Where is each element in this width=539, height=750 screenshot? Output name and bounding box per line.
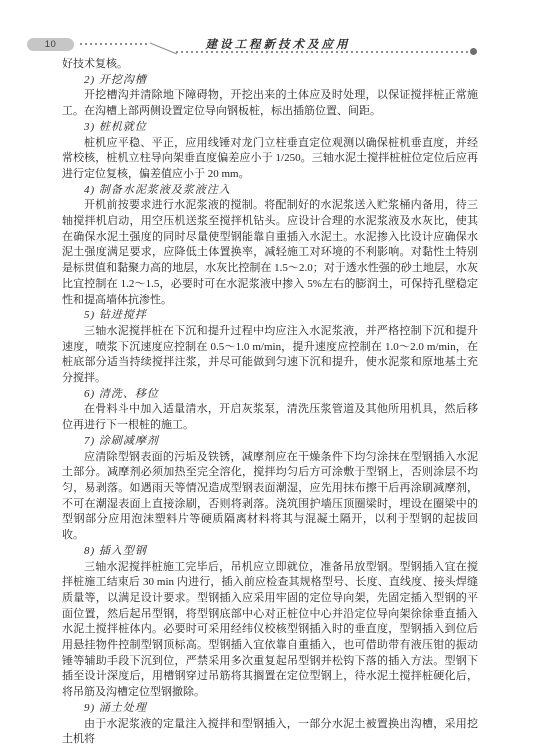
section-paragraph: 开机前按要求进行水泥浆液的搅制。将配制好的水泥浆送入贮浆桶内备用，待三轴搅拌机启… [62, 198, 478, 308]
book-page: 10 建设工程新技术及应用 好技术复核。 2) 开挖沟槽 开挖槽沟并清除地下障碍… [0, 0, 539, 750]
header-end-dot-icon [470, 48, 477, 55]
numbered-section: 2) 开挖沟槽 开挖槽沟并清除地下障碍物，开挖出来的土体应及时处理，以保证搅拌桩… [62, 73, 478, 120]
sections-container: 2) 开挖沟槽 开挖槽沟并清除地下障碍物，开挖出来的土体应及时处理，以保证搅拌桩… [62, 73, 478, 748]
section-heading: 8) 插入型钢 [62, 544, 478, 560]
continued-paragraph: 好技术复核。 [62, 57, 478, 73]
section-paragraph: 三轴水泥搅拌桩施工完毕后，吊机应立即就位，准备吊放型钢。型钢插入宜在搅拌桩施工结… [62, 560, 478, 701]
numbered-section: 9) 涌土处理 由于水泥浆液的定量注入搅拌和型钢插入，一部分水泥土被置换出沟槽，… [62, 701, 478, 748]
header-dotted-line-left [80, 43, 150, 45]
section-paragraph: 由于水泥浆液的定量注入搅拌和型钢插入，一部分水泥土被置换出沟槽，采用挖土机将 [62, 717, 478, 748]
section-heading: 3) 桩机就位 [62, 120, 478, 136]
section-paragraph: 应清除型钢表面的污垢及铁锈，减摩剂应在干燥条件下均匀涂抹在型钢插入水泥土部分。减… [62, 450, 478, 544]
running-head-title: 建设工程新技术及应用 [206, 36, 351, 52]
section-heading: 2) 开挖沟槽 [62, 73, 478, 89]
section-heading: 9) 涌土处理 [62, 701, 478, 717]
section-paragraph: 桩机应平稳、平正，应用线锤对龙门立柱垂直定位观测以确保桩机垂直度，并经常校核，桩… [62, 136, 478, 183]
section-heading: 7) 涂刷减摩剂 [62, 434, 478, 450]
numbered-section: 3) 桩机就位 桩机应平稳、平正，应用线锤对龙门立柱垂直定位观测以确保桩机垂直度… [62, 120, 478, 183]
page-content: 好技术复核。 2) 开挖沟槽 开挖槽沟并清除地下障碍物，开挖出来的土体应及时处理… [62, 57, 478, 748]
page-number: 10 [45, 39, 57, 50]
numbered-section: 8) 插入型钢 三轴水泥搅拌桩施工完毕后，吊机应立即就位，准备吊放型钢。型钢插入… [62, 544, 478, 701]
section-paragraph: 在骨料斗中加入适量清水，开启灰浆泵，清洗压浆管道及其他所用机具，然后移位再进行下… [62, 402, 478, 433]
numbered-section: 5) 钻进搅拌 三轴水泥搅拌桩在下沉和提升过程中均应注入水泥浆液，并严格控制下沉… [62, 308, 478, 387]
page-number-badge: 10 [27, 38, 74, 51]
numbered-section: 4) 制备水泥浆液及浆液注入 开机前按要求进行水泥浆液的搅制。将配制好的水泥浆送… [62, 183, 478, 309]
section-heading: 6) 清洗、移位 [62, 387, 478, 403]
section-paragraph: 三轴水泥搅拌桩在下沉和提升过程中均应注入水泥浆液，并严格控制下沉和提升速度，喷浆… [62, 324, 478, 387]
section-heading: 5) 钻进搅拌 [62, 308, 478, 324]
numbered-section: 6) 清洗、移位 在骨料斗中加入适量清水，开启灰浆泵，清洗压浆管道及其他所用机具… [62, 387, 478, 434]
section-paragraph: 开挖槽沟并清除地下障碍物，开挖出来的土体应及时处理，以保证搅拌桩正常施工。在沟槽… [62, 88, 478, 119]
section-heading: 4) 制备水泥浆液及浆液注入 [62, 183, 478, 199]
header-dotted-line-right [176, 51, 470, 53]
numbered-section: 7) 涂刷减摩剂 应清除型钢表面的污垢及铁锈，减摩剂应在干燥条件下均匀涂抹在型钢… [62, 434, 478, 544]
header-diagonal-line [149, 42, 178, 55]
